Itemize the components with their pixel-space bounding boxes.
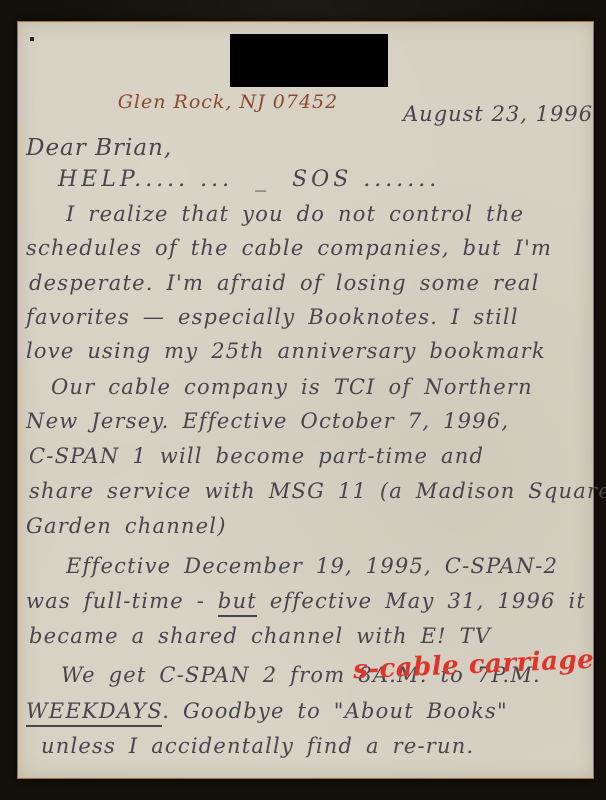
underlined-word: but (218, 589, 257, 617)
letter-line: love using my 25th anniversary bookmark (26, 341, 546, 362)
letter-line: New Jersey. Effective October 7, 1996, (26, 411, 509, 432)
letter-paper: Glen Rock, NJ 07452 August 23, 1996 Dear… (17, 21, 594, 779)
scan-backdrop: Glen Rock, NJ 07452 August 23, 1996 Dear… (0, 0, 606, 800)
letter-line: share service with MSG 11 (a Madison Squ… (29, 481, 606, 502)
letter-line: schedules of the cable companies, but I'… (26, 238, 552, 259)
letter-line: became a shared channel with E! TV (29, 626, 491, 647)
red-ink-annotation: s-cable carriage (352, 645, 594, 685)
letter-line: desperate. I'm afraid of losing some rea… (29, 273, 540, 294)
letter-line: unless I accidentally find a re-run. (41, 736, 474, 757)
letter-line: favorites — especially Booknotes. I stil… (26, 307, 519, 328)
letter-line: I realize that you do not control the (66, 204, 524, 225)
paper-speck (30, 37, 34, 41)
redaction-box (230, 34, 388, 87)
letter-line: Our cable company is TCI of Northern (51, 377, 533, 398)
letter-line: Effective December 19, 1995, C-SPAN-2 (66, 556, 558, 577)
underlined-word: WEEKDAYS (26, 699, 162, 727)
letter-line: was full-time - but effective May 31, 19… (26, 591, 586, 612)
letter-date: August 23, 1996 (403, 104, 593, 125)
letterhead-address: Glen Rock, NJ 07452 (18, 91, 438, 113)
help-sos-line: HELP..... ... _ SOS ....... (58, 169, 440, 191)
letter-line: WEEKDAYS. Goodbye to "About Books" (26, 701, 508, 722)
salutation: Dear Brian, (26, 137, 172, 160)
letter-line: C-SPAN 1 will become part-time and (29, 446, 484, 467)
letter-line: Garden channel) (26, 516, 227, 537)
